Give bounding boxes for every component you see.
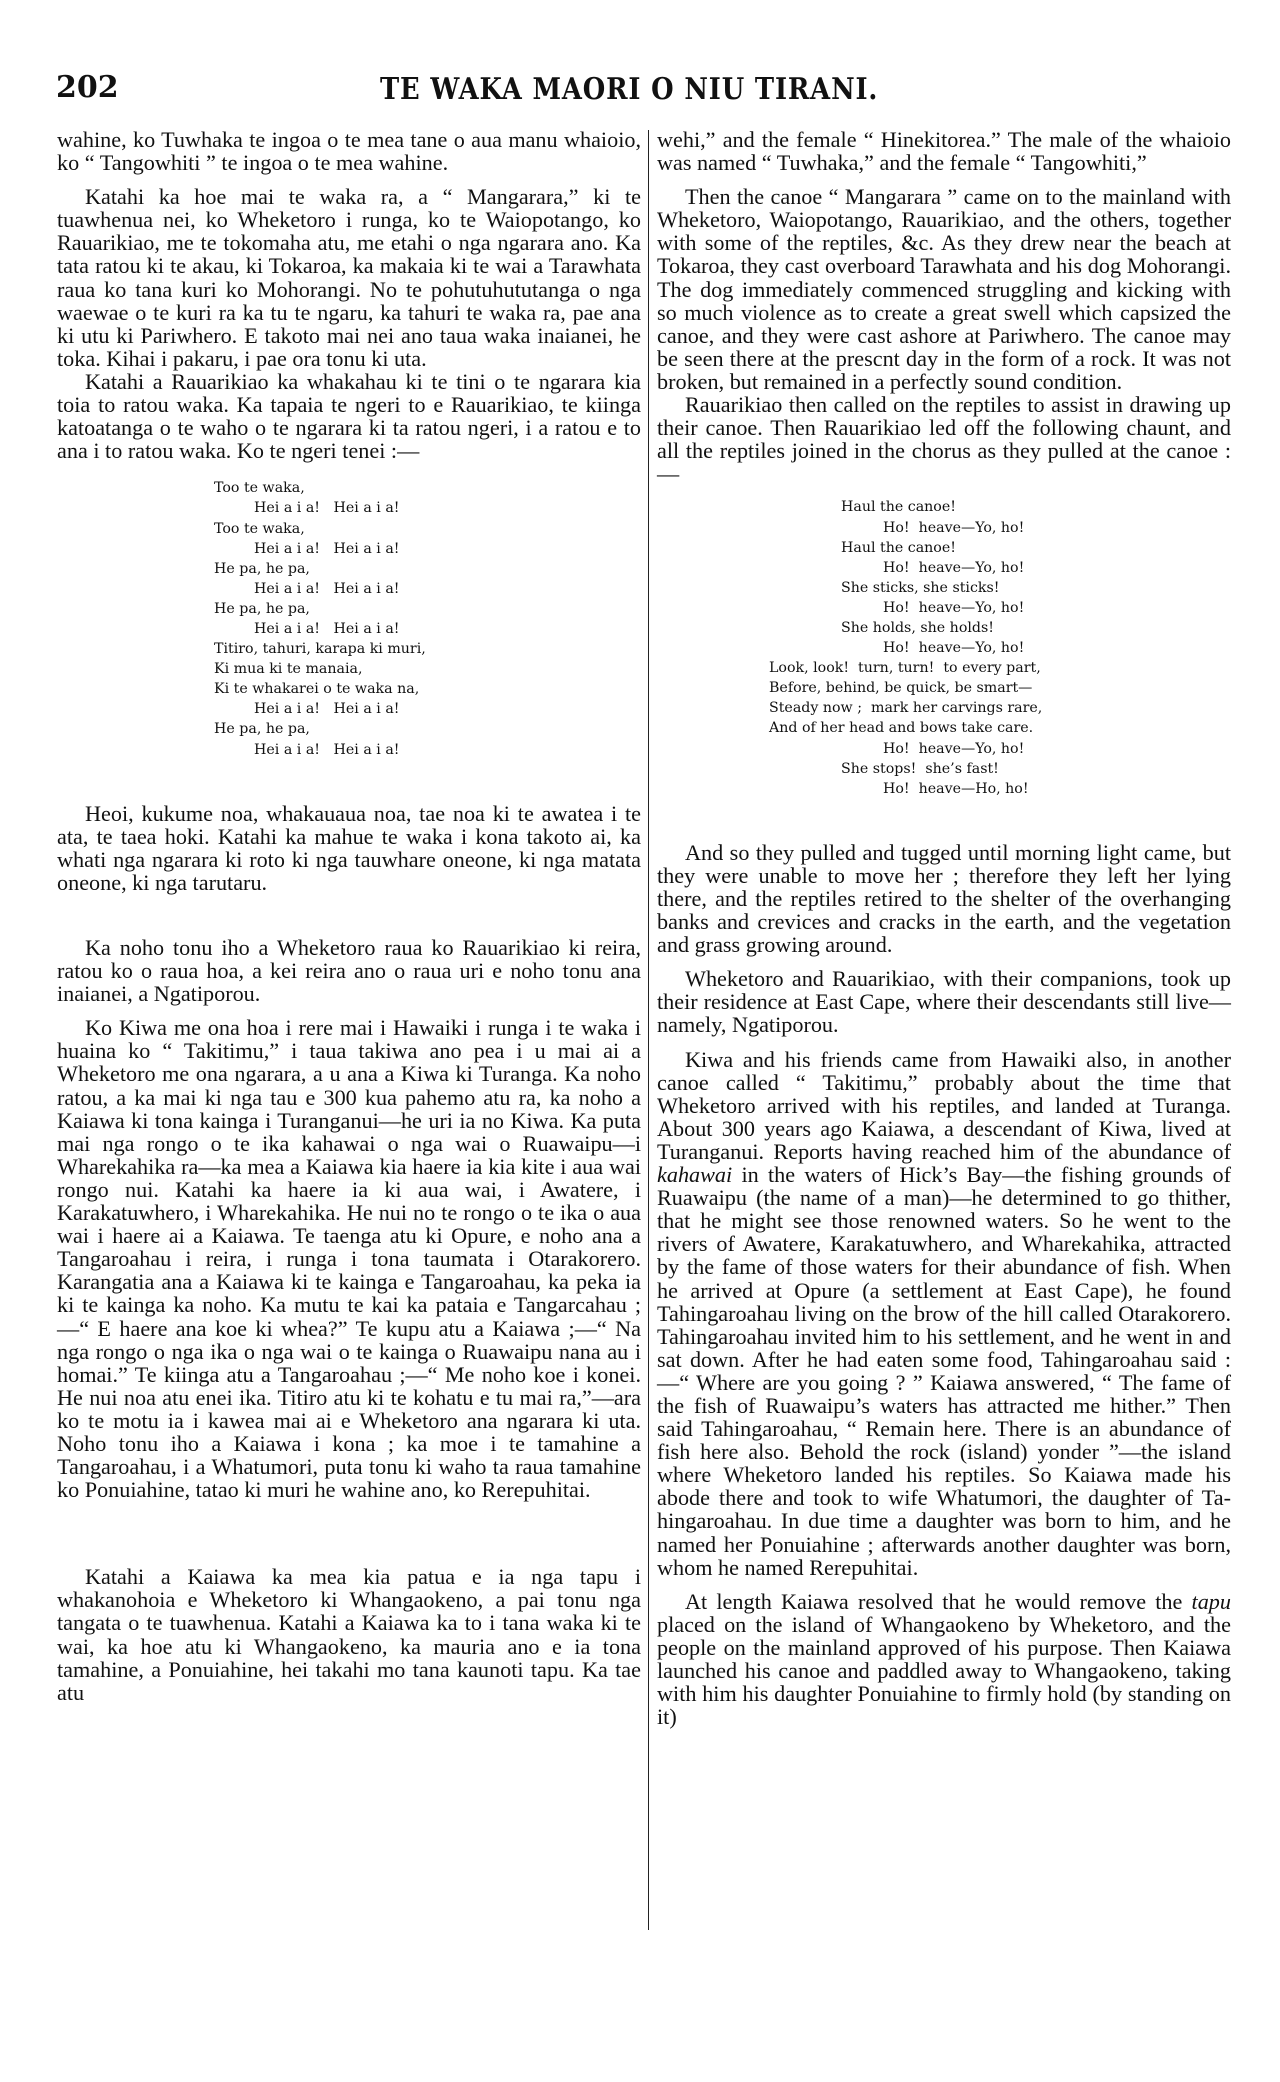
verse-line: Ho! heave—Yo, ho! xyxy=(769,518,1231,538)
verse-line: Hei a i a! Hei a i a! xyxy=(214,619,641,639)
verse-line: Ho! heave—Ho, ho! xyxy=(769,779,1231,799)
verse-line: She stops! she’s fast! xyxy=(769,759,1231,779)
verse-line: Ho! heave—Yo, ho! xyxy=(769,638,1231,658)
verse-line: And of her head and bows take care. xyxy=(769,718,1231,738)
text-run: placed on the island of Whangaokeno by W… xyxy=(657,1612,1231,1729)
paragraph: At length Kaiawa resolved that he would … xyxy=(657,1590,1231,1729)
verse-line: Before, behind, be quick, be smart— xyxy=(769,678,1231,698)
english-column: wehi,” and the female “ Hinekitorea.” Th… xyxy=(657,128,1231,1728)
verse-line: Too te waka, xyxy=(214,519,641,539)
italic-term: kahawai xyxy=(657,1162,732,1187)
verse-line: He pa, he pa, xyxy=(214,719,641,739)
verse-line: Hei a i a! Hei a i a! xyxy=(214,498,641,518)
maori-chant: Too te waka,Hei a i a! Hei a i a!Too te … xyxy=(214,478,641,759)
paragraph: Kiwa and his friends came from Hawaiki a… xyxy=(657,1048,1231,1579)
verse-line: Hei a i a! Hei a i a! xyxy=(214,699,641,719)
verse-line: Ho! heave—Yo, ho! xyxy=(769,739,1231,759)
paragraph: Then the canoe “ Mangarara ” came on to … xyxy=(657,185,1231,393)
page-number: 202 xyxy=(56,70,119,105)
verse-line: Hei a i a! Hei a i a! xyxy=(214,539,641,559)
paragraph: wehi,” and the female “ Hinekitorea.” Th… xyxy=(657,128,1231,174)
paragraph: Wheketoro and Rauarikiao, with their com… xyxy=(657,967,1231,1036)
verse-line: Titiro, tahuri, karapa ki muri, xyxy=(214,639,641,659)
english-chant: Haul the canoe!Ho! heave—Yo, ho!Haul the… xyxy=(769,497,1231,798)
verse-line: She sticks, she sticks! xyxy=(769,578,1231,598)
paragraph: Ka noho tonu iho a Wheketoro raua ko Rau… xyxy=(57,936,641,1005)
text-run: Kiwa and his friends came from Hawaiki a… xyxy=(657,1047,1231,1164)
paragraph: Ko Kiwa me ona hoa i rere mai i Hawaiki … xyxy=(57,1016,641,1501)
verse-line: Haul the canoe! xyxy=(769,538,1231,558)
verse-line: Ho! heave—Yo, ho! xyxy=(769,598,1231,618)
verse-line: He pa, he pa, xyxy=(214,599,641,619)
verse-line: She holds, she holds! xyxy=(769,618,1231,638)
verse-line: Steady now ; mark her carvings rare, xyxy=(769,698,1231,718)
paragraph: wahine, ko Tuwhaka te ingoa o te mea tan… xyxy=(57,128,641,174)
verse-line: Haul the canoe! xyxy=(769,497,1231,517)
verse-line: Look, look! turn, turn! to every part, xyxy=(769,658,1231,678)
verse-line: He pa, he pa, xyxy=(214,559,641,579)
verse-line: Hei a i a! Hei a i a! xyxy=(214,579,641,599)
maori-column: wahine, ko Tuwhaka te ingoa o te mea tan… xyxy=(57,128,641,1704)
text-run: At length Kaiawa resolved that he would … xyxy=(685,1589,1192,1614)
paragraph: Heoi, kukume noa, whakauaua noa, tae noa… xyxy=(57,802,641,894)
paragraph: Katahi ka hoe mai te waka ra, a “ Mangar… xyxy=(57,185,641,370)
verse-line: Too te waka, xyxy=(214,478,641,498)
verse-line: Ki te whakarei o te waka na, xyxy=(214,679,641,699)
verse-line: Ki mua ki te manaia, xyxy=(214,659,641,679)
paragraph: Rauarikiao then called on the reptiles t… xyxy=(657,393,1231,485)
paragraph: And so they pulled and tugged until morn… xyxy=(657,841,1231,956)
running-title: TE WAKA MAORI O NIU TIRANI. xyxy=(380,72,878,107)
verse-line: Ho! heave—Yo, ho! xyxy=(769,558,1231,578)
italic-term: tapu xyxy=(1192,1589,1231,1614)
verse-line: Hei a i a! Hei a i a! xyxy=(214,740,641,760)
text-run: in the waters of Hick’s Bay—the fishing … xyxy=(657,1162,1231,1580)
column-divider xyxy=(648,130,649,1930)
paragraph: Katahi a Kaiawa ka mea kia patua e ia ng… xyxy=(57,1565,641,1704)
paragraph: Katahi a Rauarikiao ka whakahau ki te ti… xyxy=(57,370,641,462)
